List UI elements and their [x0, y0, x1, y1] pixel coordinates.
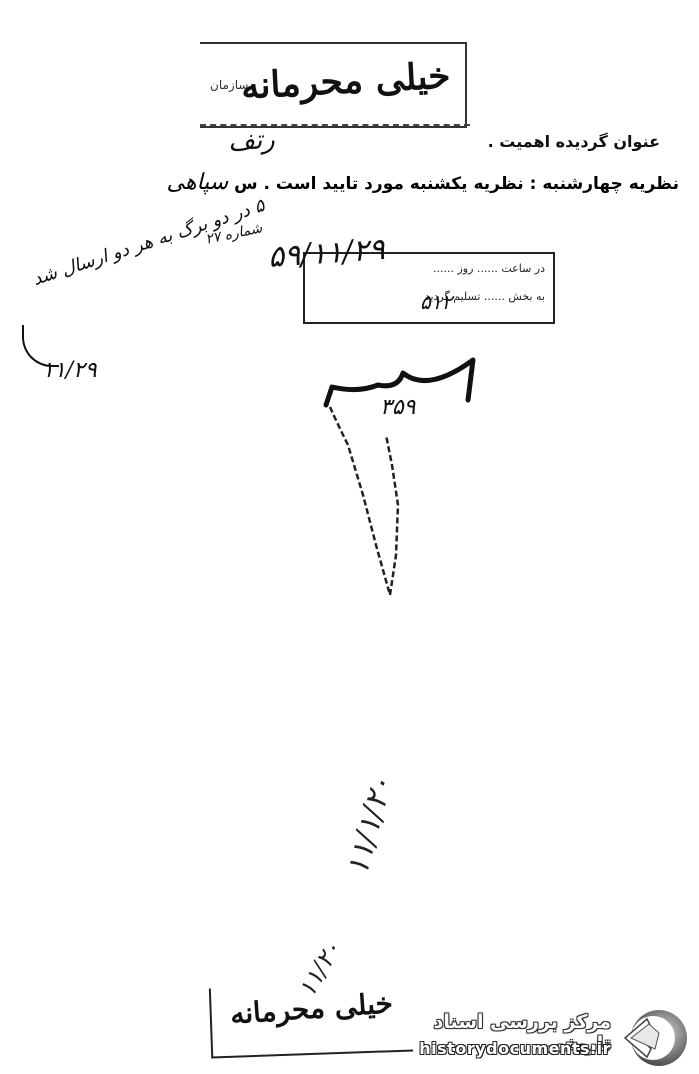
handwritten-bottom-date-1: ۱۱/۱/۲۰	[340, 773, 400, 879]
top-classification-stamp: خیلی محرمانه سازمان	[200, 42, 467, 128]
handwritten-left-date: ۱۱/۲۹	[42, 358, 97, 383]
watermark-label-en: historydocuments.ir	[419, 1039, 611, 1058]
handwritten-signature-2: سپاهی	[167, 170, 229, 195]
left-note-marker: ۵	[252, 195, 268, 218]
receipt-row-time: در ساعت ...... روز ......	[433, 262, 545, 275]
typed-line-1: عنوان گردیده اهمیت .	[488, 132, 660, 151]
classification-label: خیلی محرمانه	[241, 55, 452, 108]
stamp-small-label: سازمان	[210, 78, 248, 92]
typed-line-2: نظریه چهارشنبه : نظریه یکشنبه مورد تایید…	[167, 170, 680, 195]
handwritten-number: ۵۱۲	[420, 290, 452, 314]
watermark: مرکز بررسی اسناد تاریخی historydocuments…	[417, 1003, 687, 1069]
handwritten-signature: رتف	[227, 124, 276, 157]
document-archive-logo-icon	[621, 1005, 687, 1071]
big-number-three-mark	[318, 355, 478, 605]
handwritten-sub-number: ۳۵۹	[380, 395, 415, 420]
typed-line-2-text: نظریه چهارشنبه : نظریه یکشنبه مورد تایید…	[234, 174, 679, 194]
